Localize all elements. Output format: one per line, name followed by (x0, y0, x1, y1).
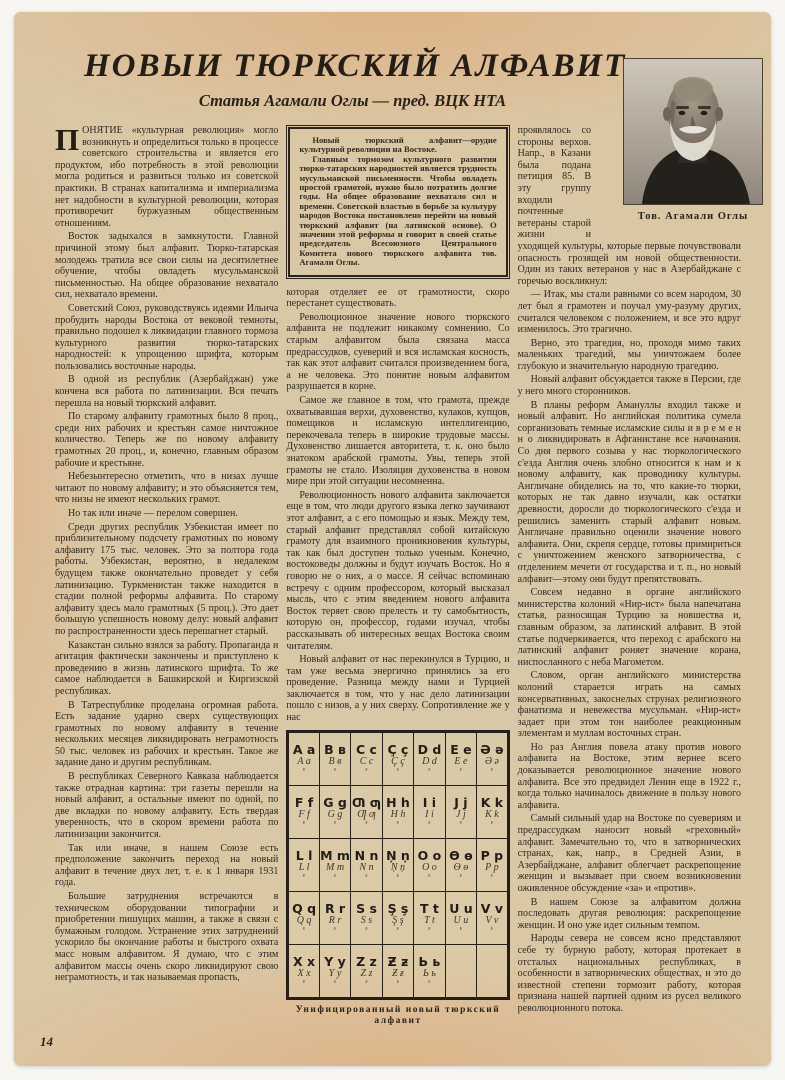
letter-script: B в (320, 756, 350, 767)
paragraph: Но раз Англия повела атаку против нового… (518, 742, 741, 812)
letter-arabic-mark: ء (477, 873, 507, 880)
alphabet-cell: Y yY yء (319, 944, 350, 998)
letter-print: M m (320, 849, 350, 862)
alphabet-cell: L lL lء (288, 838, 319, 891)
letter-arabic-mark: ء (414, 979, 444, 986)
letter-arabic-mark: ء (383, 873, 413, 880)
alphabet-row: Q qQ qءR rR rءS sS sءŞ şŞ şءT tT tءU uU … (288, 891, 508, 944)
article-subtitle: Статья Агамали Оглы — пред. ВЦК НТА (84, 91, 621, 111)
letter-print: P p (477, 849, 507, 862)
alphabet-row: L lL lءM mM mءN nN nءŅ ņŅ ņءO oO oءƟ ɵƟ … (288, 838, 508, 891)
letter-print: T t (414, 902, 444, 915)
alphabet-cell: Ь ьЬ ьء (414, 944, 445, 998)
letter-script: Z z (351, 968, 381, 979)
letter-print: F f (289, 796, 318, 809)
paragraph: Но так или иначе — перелом совершен. (55, 508, 278, 520)
portrait-block: Тов. Агамали Оглы (623, 58, 763, 222)
paragraph: В Татреспублике проделана огромная работ… (55, 700, 278, 770)
letter-arabic-mark: ء (289, 767, 318, 774)
alphabet-cell: A aA aء (288, 731, 319, 785)
paragraph: которая отделяет ее от грамотности, скор… (286, 287, 509, 310)
lead-text: ОНЯТИЕ «культурная революция» могло возн… (55, 125, 278, 229)
paragraph: Большие затруднения встречаются в технич… (55, 891, 278, 984)
alphabet-row: A aA aءB вB вءC cC cءÇ çÇ çءD dD dءE eE … (288, 731, 508, 785)
letter-print: Ç ç (383, 743, 413, 756)
paragraph: Самый сильный удар на Востоке по суевери… (518, 813, 741, 894)
photo-caption: Тов. Агамали Оглы (623, 211, 763, 222)
paragraph: Небезынтересно отметить, что в низах луч… (55, 471, 278, 506)
letter-arabic-mark: ء (446, 767, 476, 774)
alphabet-cell: V vV vء (477, 891, 509, 944)
letter-print: B в (320, 743, 350, 756)
dropcap: П (55, 125, 82, 152)
paragraph: Восток задыхался в замкнутости. Главной … (55, 231, 278, 301)
paragraph: — Итак, мы стали равными со всем народом… (518, 289, 741, 335)
alphabet-cell: T tT tء (414, 891, 445, 944)
letter-arabic-mark: ء (351, 820, 381, 827)
paragraph: Словом, орган английского министерства к… (518, 670, 741, 740)
letter-print: N n (351, 849, 381, 862)
letter-script: R r (320, 915, 350, 926)
paragraph: В планы реформ Амануллы входил также и н… (518, 400, 741, 586)
column-3-paragraphs: проявлялось со стороны верхов. Напр., в … (518, 125, 741, 1015)
letter-arabic-mark: ء (414, 926, 444, 933)
alphabet-row: F fF fءG gG gءƢ ƣƢ ƣءH hH hءI iI iءJ jJ … (288, 785, 508, 838)
paragraph: Новый алфавит от нас перекинулся в Турци… (286, 654, 509, 724)
lead-paragraph: ПОНЯТИЕ «культурная революция» могло воз… (55, 125, 278, 229)
letter-script: Ņ ņ (383, 862, 413, 873)
column-1-paragraphs: Восток задыхался в замкнутости. Главной … (55, 231, 278, 983)
letter-print: Ɵ ɵ (446, 849, 476, 862)
alphabet-cell: N nN nء (351, 838, 382, 891)
alphabet-cell: Ƶ ƶƵ ƶء (382, 944, 413, 998)
alphabet-cell: G gG gء (319, 785, 350, 838)
alphabet-cell: J jJ jء (445, 785, 476, 838)
letter-print: Ь ь (414, 955, 444, 968)
alphabet-cell: Z zZ zء (351, 944, 382, 998)
magazine-page: НОВЫИ ТЮРКСКИЙ АЛФАВИТ Статья Агамали Ог… (14, 12, 771, 1066)
letter-script: Ƶ ƶ (383, 968, 413, 979)
letter-arabic-mark: ء (383, 820, 413, 827)
letter-print: E e (446, 743, 476, 756)
letter-arabic-mark: ء (446, 873, 476, 880)
letter-script: S s (351, 915, 381, 926)
alphabet-cell: E eE eء (445, 731, 476, 785)
paragraph: В одной из республик (Азербайджан) уже к… (55, 374, 278, 409)
letter-print: Ş ş (383, 902, 413, 915)
paragraph: По старому алфавиту грамотных было 8 про… (55, 411, 278, 469)
letter-print: V v (477, 902, 507, 915)
alphabet-cell: R rR rء (319, 891, 350, 944)
letter-arabic-mark: ء (414, 873, 444, 880)
letter-arabic-mark: ء (320, 767, 350, 774)
letter-script: Q q (289, 915, 318, 926)
letter-arabic-mark: ء (289, 873, 318, 880)
letter-script: M m (320, 862, 350, 873)
alphabet-cell: Ç çÇ çء (382, 731, 413, 785)
letter-print: Ƶ ƶ (383, 955, 413, 968)
alphabet-block: A aA aءB вB вءC cC cءÇ çÇ çءD dD dءE eE … (286, 730, 509, 1028)
letter-script: D d (414, 756, 444, 767)
letter-script: V v (477, 915, 507, 926)
letter-arabic-mark: ء (351, 979, 381, 986)
paragraph: Самое же главное в том, что грамота, пре… (286, 395, 509, 488)
paragraph: Так или иначе, в нашем Союзе есть предпо… (55, 843, 278, 889)
article-header: НОВЫИ ТЮРКСКИЙ АЛФАВИТ Статья Агамали Ог… (84, 48, 621, 111)
alphabet-cell: U uU uء (445, 891, 476, 944)
alphabet-cell: Ş şŞ şء (382, 891, 413, 944)
letter-arabic-mark: ء (414, 820, 444, 827)
alphabet-cell: K kK kء (477, 785, 509, 838)
letter-script: Y y (320, 968, 350, 979)
letter-arabic-mark: ء (320, 820, 350, 827)
alphabet-cell: I iI iء (414, 785, 445, 838)
paragraph: Советский Союз, руководствуясь идеями Ил… (55, 303, 278, 373)
letter-print: Y y (320, 955, 350, 968)
portrait-illustration (624, 59, 762, 204)
alphabet-cell: Ƣ ƣƢ ƣء (351, 785, 382, 838)
letter-print: Ƣ ƣ (351, 796, 381, 809)
letter-script: Ь ь (414, 968, 444, 979)
letter-script: L l (289, 862, 318, 873)
letter-arabic-mark: ء (320, 979, 350, 986)
letter-script: O o (414, 862, 444, 873)
letter-print: O o (414, 849, 444, 862)
letter-script: K k (477, 809, 507, 820)
letter-script: Ş ş (383, 915, 413, 926)
letter-print: K k (477, 796, 507, 809)
page-number: 14 (40, 1034, 53, 1050)
paragraph: В нашем Союзе за алфавитом должна послед… (518, 897, 741, 932)
letter-arabic-mark: ء (477, 926, 507, 933)
letter-script: Ə ə (477, 756, 507, 767)
letter-print: C c (351, 743, 381, 756)
letter-print: I i (414, 796, 444, 809)
column-1: ПОНЯТИЕ «культурная революция» могло воз… (55, 125, 278, 1049)
paragraph: Революционность нового алфавита заключае… (286, 490, 509, 652)
paragraph: Революционное значение нового тюркского … (286, 312, 509, 393)
letter-arabic-mark: ء (289, 820, 318, 827)
letter-arabic-mark: ء (477, 767, 507, 774)
alphabet-cell: Ņ ņŅ ņء (382, 838, 413, 891)
letter-arabic-mark: ء (383, 767, 413, 774)
editorial-inset-box: Новый тюркский алфавит—орудие культурной… (288, 127, 507, 277)
letter-print: H h (383, 796, 413, 809)
letter-arabic-mark: ء (477, 820, 507, 827)
paragraph: Главным тормозом культурного развития тю… (299, 155, 496, 268)
letter-script: P p (477, 862, 507, 873)
letter-arabic-mark: ء (351, 926, 381, 933)
alphabet-cell: Q qQ qء (288, 891, 319, 944)
alphabet-caption: Унифицированный новый тюркский алфавит (286, 1005, 509, 1028)
letter-print: Z z (351, 955, 381, 968)
letter-arabic-mark: ء (289, 926, 318, 933)
letter-script: A a (289, 756, 318, 767)
alphabet-cell: O oO oء (414, 838, 445, 891)
letter-script: Ç ç (383, 756, 413, 767)
letter-script: X x (289, 968, 318, 979)
letter-print: Ņ ņ (383, 849, 413, 862)
letter-arabic-mark: ء (446, 926, 476, 933)
letter-arabic-mark: ء (446, 820, 476, 827)
column-2-paragraphs: которая отделяет ее от грамотности, скор… (286, 287, 509, 724)
letter-arabic-mark: ء (351, 873, 381, 880)
portrait-photo (623, 58, 763, 205)
letter-print: D d (414, 743, 444, 756)
letter-script: U u (446, 915, 476, 926)
alphabet-cell: D dD dء (414, 731, 445, 785)
paragraph: В республиках Северного Кавказа наблюдае… (55, 771, 278, 841)
paragraph: Народы севера не совсем ясно представляю… (518, 933, 741, 1014)
letter-print: Q q (289, 902, 318, 915)
letter-arabic-mark: ء (320, 926, 350, 933)
letter-arabic-mark: ء (320, 873, 350, 880)
letter-script: Ɵ ɵ (446, 862, 476, 873)
letter-script: H h (383, 809, 413, 820)
letter-print: R r (320, 902, 350, 915)
alphabet-cell: H hH hء (382, 785, 413, 838)
alphabet-table: A aA aءB вB вءC cC cءÇ çÇ çءD dD dءE eE … (286, 730, 509, 1000)
paragraph: Среди других республик Узбекистан имеет … (55, 522, 278, 638)
paragraph: Казакстан сильно взялся за работу. Пропа… (55, 640, 278, 698)
article-body: ПОНЯТИЕ «культурная революция» могло воз… (55, 125, 741, 1049)
letter-script: N n (351, 862, 381, 873)
alphabet-row: X xX xءY yY yءZ zZ zءƵ ƶƵ ƶءЬ ьЬ ьء (288, 944, 508, 998)
letter-print: U u (446, 902, 476, 915)
column-3: проявлялось со стороны верхов. Напр., в … (518, 125, 741, 1049)
alphabet-cell: P pP pء (477, 838, 509, 891)
paragraph: Новый алфавит обсуждается также в Персии… (518, 374, 741, 397)
letter-script: T t (414, 915, 444, 926)
letter-script: I i (414, 809, 444, 820)
letter-print: L l (289, 849, 318, 862)
letter-print: G g (320, 796, 350, 809)
letter-arabic-mark: ء (289, 979, 318, 986)
column-2: Новый тюркский алфавит—орудие культурной… (286, 125, 509, 1049)
alphabet-cell: B вB вء (319, 731, 350, 785)
paragraph: Совсем недавно в органе английского мини… (518, 587, 741, 668)
letter-print: A a (289, 743, 318, 756)
letter-arabic-mark: ء (383, 979, 413, 986)
alphabet-cell: C cC cء (351, 731, 382, 785)
letter-arabic-mark: ء (351, 767, 381, 774)
letter-script: Ƣ ƣ (351, 809, 381, 820)
alphabet-cell: X xX xء (288, 944, 319, 998)
letter-script: G g (320, 809, 350, 820)
letter-script: E e (446, 756, 476, 767)
letter-print: Ə ə (477, 743, 507, 756)
alphabet-cell: S sS sء (351, 891, 382, 944)
letter-arabic-mark: ء (383, 926, 413, 933)
letter-script: F f (289, 809, 318, 820)
page-title: НОВЫИ ТЮРКСКИЙ АЛФАВИТ (84, 48, 621, 85)
paragraph: Новый тюркский алфавит—орудие культурной… (299, 136, 496, 155)
alphabet-cell: F fF fء (288, 785, 319, 838)
letter-script: J j (446, 809, 476, 820)
letter-script: C c (351, 756, 381, 767)
letter-arabic-mark: ء (414, 767, 444, 774)
alphabet-cell: Ɵ ɵƟ ɵء (445, 838, 476, 891)
alphabet-cell-empty (477, 944, 509, 998)
letter-print: J j (446, 796, 476, 809)
alphabet-cell: Ə əƏ əء (477, 731, 509, 785)
letter-print: S s (351, 902, 381, 915)
alphabet-cell: M mM mء (319, 838, 350, 891)
paragraph: Верно, это трагедия, но, проходя мимо та… (518, 338, 741, 373)
letter-print: X x (289, 955, 318, 968)
alphabet-cell-empty (445, 944, 476, 998)
